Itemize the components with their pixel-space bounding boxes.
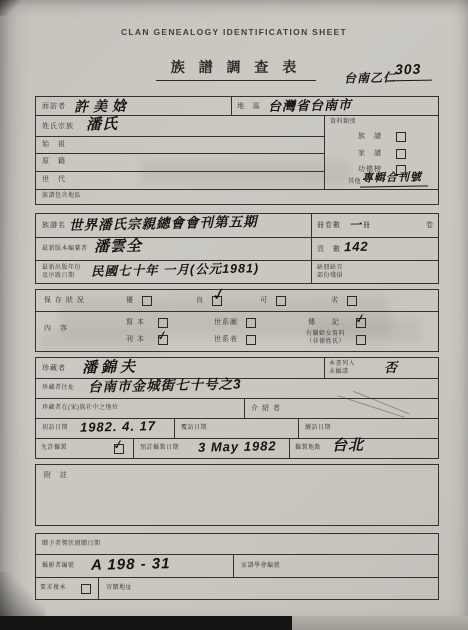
missing-label-line2: 部份殘損	[317, 273, 343, 280]
pages-value: 142	[344, 240, 369, 254]
photographer-number-label: 攝影者編號	[42, 563, 75, 570]
mailing-address-label: 寄贈地址	[106, 585, 132, 592]
film-permit-checkbox[interactable]	[114, 444, 124, 454]
condition-excellent-checkbox[interactable]	[142, 296, 152, 306]
holder-label: 珍藏者	[42, 365, 66, 373]
english-header: CLAN GENEALOGY IDENTIFICATION SHEET	[0, 28, 468, 37]
category-option-jiapu-label: 家 譜	[358, 150, 382, 158]
condition-good-label: 良	[196, 297, 204, 305]
first-visit-value: 1982. 4. 17	[80, 419, 156, 434]
photographer-number-value: A 198 - 31	[91, 556, 171, 573]
content-manuscript-label: 寫 本	[126, 319, 145, 327]
section-genealogy-info: 族譜名 世界潘氏宗親總會會刊第五期 冊卷數 一 冊 卷 最新版本編纂者 潘雲全 …	[35, 213, 439, 284]
origin-label: 原 籍	[42, 158, 66, 166]
followup-visit-label: 續訪日期	[305, 425, 331, 432]
archive-note-handwriting: 台南乙仁	[344, 71, 396, 84]
content-women-label: 有關婦女資料	[306, 331, 345, 338]
volumes-label: 冊卷數	[317, 222, 341, 230]
volumes-value: 一	[349, 219, 362, 231]
request-copy-checkbox[interactable]	[81, 584, 91, 594]
genealogy-name-label: 族譜名	[42, 222, 66, 230]
clan-value: 潘氏	[86, 117, 118, 133]
scan-bottom-right-shade	[292, 616, 468, 630]
film-place-value: 台北	[332, 438, 364, 454]
condition-poor-label: 劣	[331, 297, 339, 305]
pubdate-value: 民國七十年 一月(公元1981)	[91, 262, 259, 278]
section-admin: 贈予者獎狀頒贈日期 攝影者編號 A 198 - 31 家譜學會編號 要求複本 寄…	[35, 533, 439, 600]
archive-number-handwriting: 303	[395, 62, 422, 77]
holder-position-label: 珍藏者在(家)族社中之地位	[42, 405, 119, 412]
listed-label-line1: 本書列入	[329, 361, 355, 368]
content-biography-label: 傳 記	[308, 319, 340, 327]
region-value: 台灣省台南市	[268, 98, 352, 113]
condition-fair-checkbox[interactable]	[276, 296, 286, 306]
award-date-label: 贈予者獎狀頒贈日期	[42, 541, 101, 548]
content-table-label: 世系表	[214, 336, 238, 344]
compiler-value: 潘雲全	[94, 238, 142, 254]
listed-value: 否	[384, 361, 398, 374]
section-notes: 附 註	[35, 464, 439, 526]
clan-label: 姓氏宗族	[42, 123, 74, 131]
scan-black-bar	[0, 616, 292, 630]
volume-unit-ce: 冊	[363, 222, 371, 230]
compiler-label: 最新版本編纂者	[42, 246, 88, 253]
genealogy-name-value: 世界潘氏宗親總會會刊第五期	[69, 215, 258, 232]
category-label: 資料類別	[330, 119, 356, 126]
volume-unit-juan: 卷	[426, 222, 434, 230]
holder-value: 潘錦夫	[82, 359, 139, 375]
holder-address-label: 珍藏者住址	[42, 385, 75, 392]
introducer-label: 介 紹 者	[251, 405, 281, 413]
category-other-value: 專輯合刊號	[362, 172, 422, 184]
region-label: 地 區	[237, 103, 261, 111]
content-printed-label: 刊 本	[126, 336, 145, 344]
category-other-label: 其他	[348, 179, 361, 186]
first-visit-label: 初訪日期	[42, 425, 68, 432]
condition-excellent-label: 優	[126, 297, 134, 305]
content-chart-checkbox[interactable]	[246, 318, 256, 328]
listed-label-line2: 未攝譜	[329, 369, 349, 376]
interviewer-value: 許美娢	[74, 98, 131, 113]
condition-poor-checkbox[interactable]	[347, 296, 357, 306]
scan-corner-shadow-bottom-left	[0, 572, 46, 618]
content-chart-label: 世系圖	[214, 319, 238, 327]
second-visit-label: 覆訪日期	[181, 425, 207, 432]
content-women-checkbox[interactable]	[356, 335, 366, 345]
category-option-jiapu-checkbox[interactable]	[396, 149, 406, 159]
content-women-sublabel: （非僅姓氏）	[306, 339, 345, 346]
category-option-zupu-label: 族 譜	[358, 133, 382, 141]
film-date-value: 3 May 1982	[198, 439, 277, 454]
scanned-genealogy-sheet: CLAN GENEALOGY IDENTIFICATION SHEET 族 譜 …	[0, 0, 468, 630]
notes-label: 附 註	[44, 472, 68, 480]
interviewer-label: 面訪者	[42, 103, 66, 111]
content-printed-checkbox[interactable]	[158, 335, 168, 345]
page-title: 族 譜 調 查 表	[156, 57, 316, 81]
condition-good-checkbox[interactable]	[212, 296, 222, 306]
scan-corner-shadow-top-left	[0, 0, 20, 16]
section-holder-info: 珍藏者 潘錦夫 本書列入 未攝譜 否 珍藏者住址 台南市金城街七十号之3 珍藏者…	[35, 357, 439, 459]
pubdate-label-line2: 及序跋日期	[42, 273, 75, 280]
content-table-checkbox[interactable]	[246, 335, 256, 345]
first-ancestor-label: 始 祖	[42, 141, 66, 149]
condition-label: 保 存 狀 況	[44, 297, 85, 305]
category-other-underline	[360, 185, 428, 188]
condition-fair-label: 可	[260, 297, 268, 305]
film-place-label: 攝製地點	[295, 445, 321, 452]
archive-number-underline	[386, 80, 432, 82]
film-permit-label: 允許攝製	[41, 445, 67, 452]
coverage-label: 族譜包含地區	[42, 193, 81, 200]
film-date-label: 預訂攝製日期	[140, 445, 179, 452]
missing-label-line1: 缺冊缺頁	[317, 265, 343, 272]
section-condition-content: 保 存 狀 況 優 良 可 劣 內 容 寫 本 世系圖 傳 記 刊 本 世系表 …	[35, 289, 439, 352]
society-number-label: 家譜學會編號	[241, 563, 280, 570]
section-basic-info: 面訪者 許美娢 地 區 台灣省台南市 姓氏宗族 潘氏 始 祖 原 籍 世 代 族…	[35, 96, 439, 205]
holder-address-value: 台南市金城街七十号之3	[88, 377, 242, 394]
pubdate-label-line1: 最新出版年份	[42, 265, 81, 272]
pages-label: 頁 數	[317, 246, 341, 254]
content-label: 內 容	[44, 325, 68, 333]
content-manuscript-checkbox[interactable]	[158, 318, 168, 328]
category-option-zupu-checkbox[interactable]	[396, 132, 406, 142]
generations-label: 世 代	[42, 176, 66, 184]
content-biography-checkbox[interactable]	[356, 318, 366, 328]
